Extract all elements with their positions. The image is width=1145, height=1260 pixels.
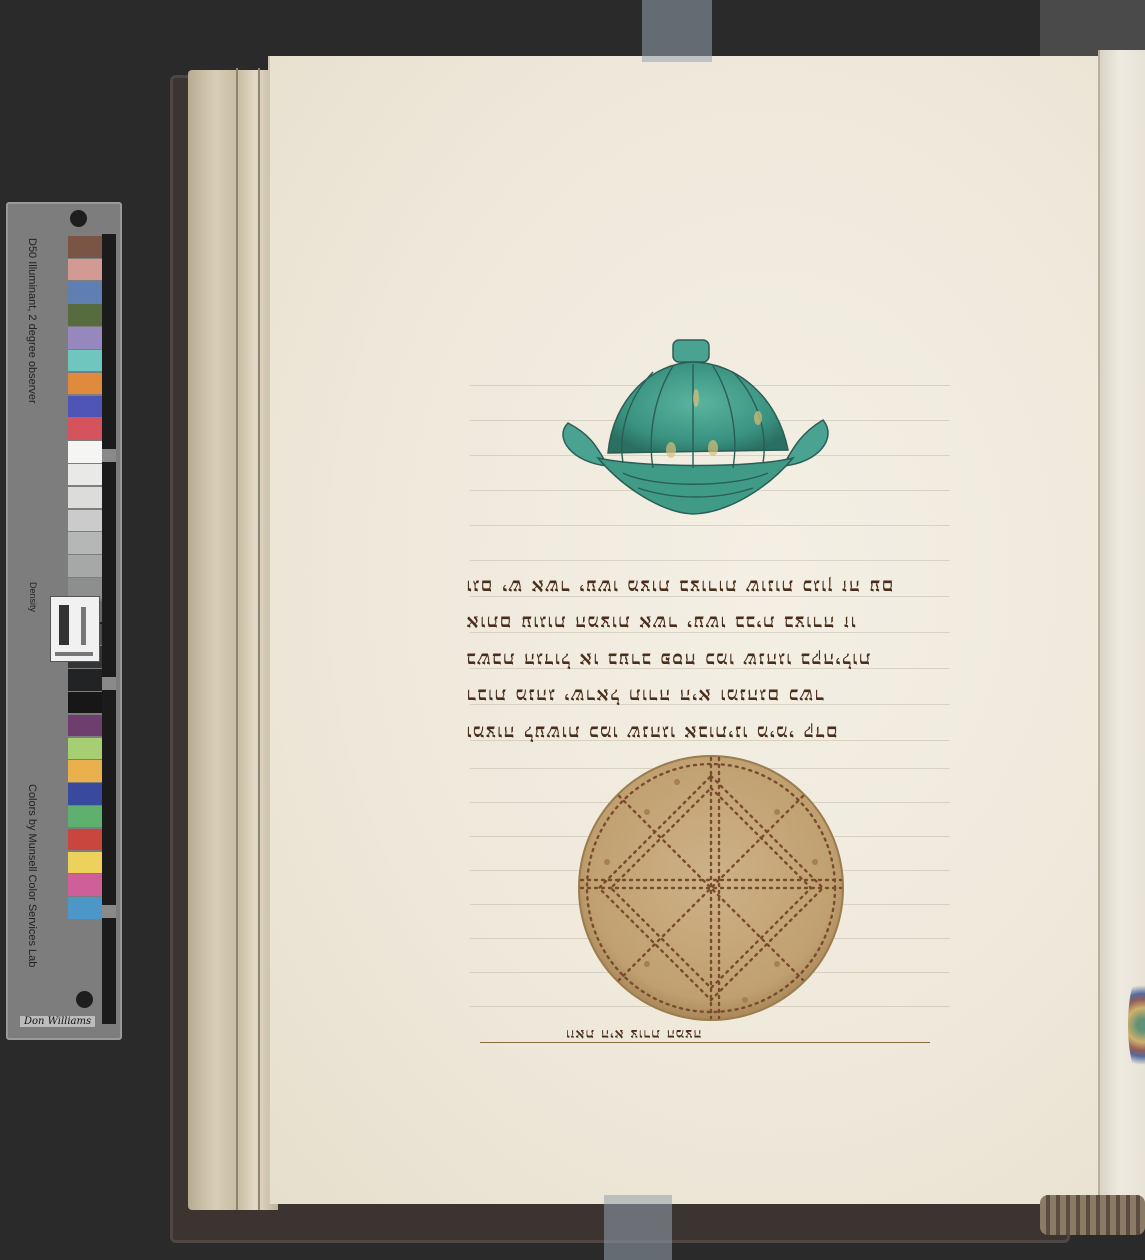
ruling-line xyxy=(470,525,950,526)
page-edge-line xyxy=(236,68,238,1210)
lotus-vessel-illustration xyxy=(553,338,838,516)
caption-rule xyxy=(480,1042,930,1043)
color-patch-20 xyxy=(68,669,102,691)
density-label: Density xyxy=(28,582,38,612)
text-line: אותם עוגות המצות אשר יעשו בבית בצורה זו xyxy=(465,605,955,642)
holding-strap-top xyxy=(642,0,712,62)
color-patch-8 xyxy=(68,396,102,418)
color-patch-6 xyxy=(68,350,102,372)
card-title: D50 Illuminant, 2 degree observer xyxy=(26,238,38,404)
color-patch-3 xyxy=(68,282,102,304)
color-patch-1 xyxy=(68,236,102,258)
color-patch-26 xyxy=(68,806,102,828)
color-patch-13 xyxy=(68,510,102,532)
card-ruler xyxy=(102,234,116,1024)
caption-text: וזאת היא צורת המצה xyxy=(565,1025,701,1042)
color-patch-24 xyxy=(68,760,102,782)
color-patch-7 xyxy=(68,373,102,395)
color-patch-11 xyxy=(68,464,102,486)
color-patch-23 xyxy=(68,738,102,760)
card-signature: Don Williams xyxy=(20,1016,95,1027)
color-patch-14 xyxy=(68,532,102,554)
text-line: וגם יש אשר יעשו מצות בצורות שונות כגון ז… xyxy=(465,568,955,605)
binding-headband xyxy=(1040,1195,1145,1235)
color-patch-22 xyxy=(68,715,102,737)
color-patch-25 xyxy=(68,783,102,805)
page-edges xyxy=(188,70,278,1210)
color-patch-9 xyxy=(68,418,102,440)
ruling-line xyxy=(470,560,950,561)
holding-strap-bottom xyxy=(604,1195,672,1260)
color-patch-15 xyxy=(68,555,102,577)
card-hole xyxy=(70,210,87,227)
matzah-wafer-illustration xyxy=(577,752,845,1024)
text-line: בשבת הגדול או בערב פסח כמו שנהגו בקהילות xyxy=(465,641,955,678)
color-patch-4 xyxy=(68,304,102,326)
color-patch-5 xyxy=(68,327,102,349)
color-patches xyxy=(68,236,102,920)
text-line: רבות מנהג ישראל תורה היא ומנהגם כשר xyxy=(465,678,955,715)
color-patch-28 xyxy=(68,852,102,874)
resolution-target xyxy=(50,596,100,662)
card-footer: Colors by Munsell Color Services Lab xyxy=(26,784,38,967)
card-hole xyxy=(76,991,93,1008)
color-patch-27 xyxy=(68,829,102,851)
color-patch-12 xyxy=(68,487,102,509)
color-patch-21 xyxy=(68,692,102,714)
page-edge-line xyxy=(258,68,260,1210)
color-patch-30 xyxy=(68,897,102,919)
illustration-caption: וזאת היא צורת המצה xyxy=(480,1025,950,1047)
color-patch-2 xyxy=(68,259,102,281)
color-patch-29 xyxy=(68,874,102,896)
color-patch-10 xyxy=(68,441,102,463)
manuscript-text: ומצוה לעשות כמו שנהגו אבותינו מימי קדם ר… xyxy=(465,568,955,751)
color-calibration-card: D50 Illuminant, 2 degree observer Densit… xyxy=(6,202,122,1040)
text-line: ומצוה לעשות כמו שנהגו אבותינו מימי קדם xyxy=(465,714,955,751)
